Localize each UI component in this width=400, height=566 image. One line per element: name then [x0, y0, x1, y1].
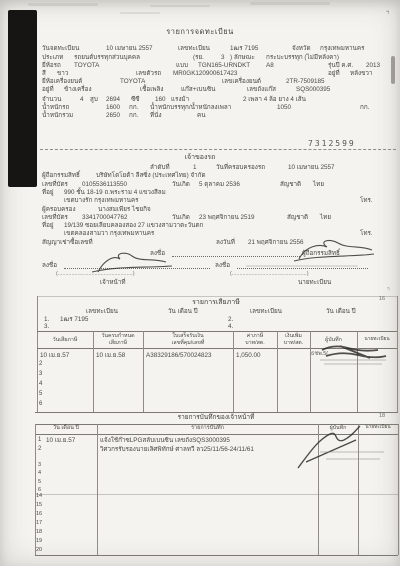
curb-weight-unit: กก. — [129, 104, 138, 111]
notes-page-number: 18 — [379, 413, 385, 419]
contract-date-value: 21 พฤศจิกายน 2556 — [248, 239, 304, 246]
scan-smudge — [250, 2, 330, 5]
color-value: ขาว — [57, 70, 68, 77]
possessor-address-label: ที่อยู่ — [42, 222, 54, 229]
tax-dmy-label-1: วัน เดือน ปี — [168, 308, 198, 315]
type-code-value: 3 — [221, 54, 225, 61]
sequence-label: ลำดับที่ — [150, 164, 170, 171]
sign-paren-left: (.......................................… — [56, 271, 135, 277]
note-row1-text: แจ้งใช้ก๊าซLPGสลับเบนซิน เลขถังSQS300039… — [100, 437, 230, 444]
tax-row1-amount: 1,050.00 — [236, 352, 261, 359]
holder-address-line2: เขตบางรัก กรุงเทพมหานคร — [64, 197, 139, 204]
tax-col-header-amount-1: ค่าภาษี — [233, 333, 277, 339]
possessor-name: นางสมเพียร ไชยกิจ — [98, 206, 151, 213]
signature-line-registrar — [237, 268, 368, 269]
year-value: 2013 — [366, 62, 380, 69]
engine-no-value: 2TR-7509185 — [286, 78, 325, 85]
notes-section-title: รายการบันทึกของเจ้าหน้าที่ — [34, 414, 398, 421]
tax-col-header-due-2: เสียภาษี — [93, 340, 143, 346]
tax-col-header-recorder: ผู้บันทึก — [310, 337, 357, 343]
notes-col-header-dmy: วัน เดือน ปี — [35, 425, 97, 431]
engine-position-label: อยู่ที่ — [42, 86, 54, 93]
type-value: รถยนต์บรรทุกส่วนบุคคล — [74, 54, 140, 61]
body-style-value: กระบะบรรทุก (ไม่มีหลังคา) — [266, 54, 339, 61]
tax-row1-receipt: A38329186/570024823 — [146, 352, 211, 359]
note-row20-no: 20 — [36, 547, 42, 553]
signature-line-officer — [64, 268, 210, 269]
registrar-role-label: นายทะเบียน — [298, 279, 331, 286]
cc-unit: ซีซี — [131, 96, 140, 103]
engine-position-value: ข้างเครื่อง — [64, 86, 92, 93]
tax-section-title: รายการเสียภาษี — [34, 299, 398, 307]
color-label: สี — [42, 70, 46, 77]
possession-date-value: 10 เมษายน 2557 — [288, 164, 335, 171]
tax-row1-recorder-stamp: ธชพ.5( — [311, 351, 328, 357]
sign-paren-right: (.......................................… — [230, 271, 309, 277]
possessor-address-line1: 19/139 ซอยเลียบคลองสอง 27 แขวงสามวาตะวัน… — [64, 222, 203, 229]
hire-purchase-contract-label: สัญญาเช่าซื้อเลขที่ — [42, 239, 93, 246]
tax-row3-no: 3 — [39, 371, 42, 378]
tax-entry1-plate: 1ฒร 7195 — [60, 316, 88, 323]
note-row16-no: 16 — [36, 511, 42, 517]
note-row4-no: 4 — [38, 470, 41, 476]
brand-label: ยี่ห้อรถ — [42, 62, 61, 69]
tax-col-header-receipt-1: ใบเสร็จรับเงิน — [143, 333, 233, 339]
note-row3-no: 3 — [38, 462, 41, 468]
note-row19-no: 19 — [36, 538, 42, 544]
tax-dmy-label-2: วัน เดือน ปี — [326, 308, 356, 315]
holder-label: ผู้ถือกรรมสิทธิ์ — [42, 172, 80, 179]
gas-tank-value: SQS000395 — [296, 86, 330, 93]
tax-row5-no: 5 — [39, 391, 42, 398]
payload-unit: กก. — [360, 104, 369, 111]
possessor-tel-label: โทร. — [360, 230, 373, 237]
notes-col-header-recorder: ผู้บันทึก — [318, 425, 358, 431]
note-row17-no: 17 — [36, 520, 42, 526]
scan-smudge — [150, 5, 210, 7]
note-row18-no: 18 — [36, 529, 42, 535]
reg-date-label: วันจดทะเบียน — [42, 45, 79, 52]
scan-streak — [391, 56, 395, 84]
notes-col-header-registrar: นายทะเบียน — [358, 425, 398, 431]
sign-line2-label: ลงชื่อ — [42, 262, 57, 269]
cylinders-label: จำนวน — [42, 96, 61, 103]
holder-nationality-label: สัญชาติ — [280, 181, 301, 188]
model-label: แบบ — [176, 62, 188, 69]
engine-brand-value: TOYOTA — [120, 78, 145, 85]
tax-col-header-registrar: นายทะเบียน — [357, 337, 397, 343]
possessor-nationality-label: สัญชาติ — [287, 214, 308, 221]
plate-value: 1ฒร 7195 — [230, 45, 258, 52]
vin-label: เลขตัวรถ — [136, 70, 161, 77]
model-value: TGN165-URNDKT — [198, 62, 250, 69]
holder-card-label: เลขที่บัตร — [42, 181, 68, 188]
gas-tank-label: เลขถังแก๊ส — [247, 86, 276, 93]
possessor-label: ผู้ครอบครอง — [42, 206, 76, 213]
cylinders-value: 4 — [80, 96, 84, 103]
tax-row2-no: 2 — [39, 361, 42, 368]
note-row5-no: 5 — [38, 479, 41, 485]
officer-role-label: เจ้าหน้าที่ — [100, 279, 126, 286]
corner-mark-top: ฯ — [386, 10, 389, 17]
axle-wheel-info: 2 เพลา 4 ล้อ ยาง 4 เส้น — [243, 96, 306, 103]
tax-col-header-surcharge-1: เงินเพิ่ม — [277, 333, 310, 339]
province-value: กรุงเทพมหานคร — [320, 45, 364, 52]
holder-address-label: ที่อยู่ — [42, 189, 54, 196]
tax-row6-no: 6 — [39, 401, 42, 408]
notes-col-header-entry: รายการบันทึก — [97, 425, 318, 431]
tax-plate-label-1: เลขทะเบียน — [86, 308, 118, 315]
holder-card-value: 0105536113550 — [82, 181, 127, 188]
holder-name: บริษัทโตโยต้า ลีสซิ่ง (ประเทศไทย) จำกัด — [96, 172, 206, 179]
tax-page-number: 16 — [379, 296, 385, 302]
model-sub-value: A8 — [266, 62, 274, 69]
sequence-value: 1 — [193, 164, 197, 171]
hp-value: 160 — [155, 96, 166, 103]
tax-plate-label-2: เลขทะเบียน — [250, 308, 282, 315]
curb-weight-value: 1600 — [106, 104, 120, 111]
curb-weight-label: น้ำหนักรถ — [42, 104, 69, 111]
plate-label: เลขทะเบียน — [178, 45, 210, 52]
payload-value: 1050 — [277, 104, 291, 111]
fuel-value: แก๊ส+เบนซิน — [181, 86, 215, 93]
note-row2-no: 2 — [38, 446, 41, 453]
province-label: จังหวัด — [292, 45, 311, 52]
tax-row4-no: 4 — [39, 381, 42, 388]
notes-signature-scribble — [298, 426, 360, 468]
payload-label: น้ำหนักบรรทุก/น้ำหนักลงเพลา — [150, 104, 231, 111]
note-row15-no: 15 — [36, 502, 42, 508]
gross-weight-unit: กก. — [129, 112, 138, 119]
vin-position-value: หลังขวา — [350, 70, 372, 77]
owner-section-title: เจ้าของรถ — [0, 154, 400, 162]
brand-value: TOYOTA — [74, 62, 99, 69]
tax-col-header-due-1: วันครบกำหนด — [93, 333, 143, 339]
vin-position-label: อยู่ที่ — [328, 70, 340, 77]
section-separator-line — [40, 149, 396, 150]
note-row1-date: 10 เม.ย.57 — [46, 437, 75, 444]
holder-dob-value: 5 ตุลาคม 2536 — [199, 181, 240, 188]
scan-smudge — [120, 12, 160, 14]
note-row14-no: 14 — [36, 493, 42, 499]
tax-row1-due: 10 เม.ย.58 — [96, 352, 125, 359]
seats-label: ที่นั่ง — [150, 112, 162, 119]
registration-document-page: ฯรายการจดทะเบียน7312599ๆวันจดทะเบียน10 เ… — [0, 0, 400, 566]
holder-address-line1: 990 ชั้น 18-19 ถ.พระราม 4 แขวงสีลม — [64, 189, 166, 196]
possessor-address-line2: เขตคลองสามวา กรุงเทพมหานคร — [64, 230, 154, 237]
gross-weight-value: 2650 — [106, 112, 120, 119]
possessor-card-label: เลขที่บัตร — [42, 214, 68, 221]
tax-row1-date: 10 เม.ย.57 — [40, 352, 69, 359]
signature-line-holder — [172, 256, 300, 257]
holder-dob-label: วันเกิด — [172, 181, 190, 188]
holder-tel-label: โทร. — [360, 197, 373, 204]
possessor-nationality-value: ไทย — [320, 214, 331, 221]
seats-unit: คน — [197, 112, 206, 119]
tax-col-header-surcharge-2: บาท/สต. — [277, 340, 310, 346]
possessor-dob-label: วันเกิด — [172, 214, 190, 221]
contract-date-label: ลงวันที่ — [216, 239, 235, 246]
note-row2-text: วิศวกรรับรองนายเลิศพิทักษ์ ศาลทวี ลว25/1… — [100, 446, 254, 453]
reg-date-value: 10 เมษายน 2557 — [106, 45, 153, 52]
corner-mark-mid: ๆ — [387, 287, 390, 293]
type-code-label: (รย. — [193, 54, 204, 61]
cc-value: 2694 — [106, 96, 120, 103]
type-label: ประเภท — [42, 54, 63, 61]
body-style-label: ) ลักษณะ — [230, 54, 255, 61]
fuel-label: เชื้อเพลิง — [140, 86, 163, 93]
tax-entry4-no: 4. — [228, 323, 233, 330]
sign-line1-label: ลงชื่อ — [150, 250, 165, 257]
engine-brand-label: ยี่ห้อเครื่องยนต์ — [42, 78, 82, 85]
scan-smudge — [28, 3, 98, 6]
hp-unit: แรงม้า — [171, 96, 189, 103]
cylinders-unit: สูบ — [90, 96, 98, 103]
notes-stamp-text-smudge — [320, 452, 384, 459]
gross-weight-label: น้ำหนักรวม — [42, 112, 73, 119]
vin-value: MR0GK120900617423 — [173, 70, 237, 77]
engine-no-label: เลขเครื่องยนต์ — [222, 78, 261, 85]
possessor-card-value: 3341700047762 — [82, 214, 128, 221]
tax-col-header-amount-2: บาท/สต. — [233, 340, 277, 346]
tax-row-stamp-text-smudge — [320, 360, 386, 364]
stamp-number: 7312599 — [308, 139, 356, 148]
tax-entry3-no: 3. — [44, 323, 49, 330]
holder-nationality-value: ไทย — [313, 181, 324, 188]
sign-line1-role: ผู้ถือกรรมสิทธิ์ — [302, 250, 340, 257]
year-label: รุ่นปี ค.ศ. — [328, 62, 353, 69]
tax-col-header-receipt-2: เลขที่คุม/เลขที่ — [143, 340, 233, 346]
sign-line3-label: ลงชื่อ — [215, 262, 230, 269]
doc-title: รายการจดทะเบียน — [0, 28, 400, 37]
note-row1-no: 1 — [38, 437, 41, 444]
possessor-dob-value: 23 พฤศจิกายน 2519 — [199, 214, 255, 221]
tax-col-header-date: วันเสียภาษี — [37, 337, 93, 343]
possession-date-label: วันที่ครอบครองรถ — [216, 164, 265, 171]
